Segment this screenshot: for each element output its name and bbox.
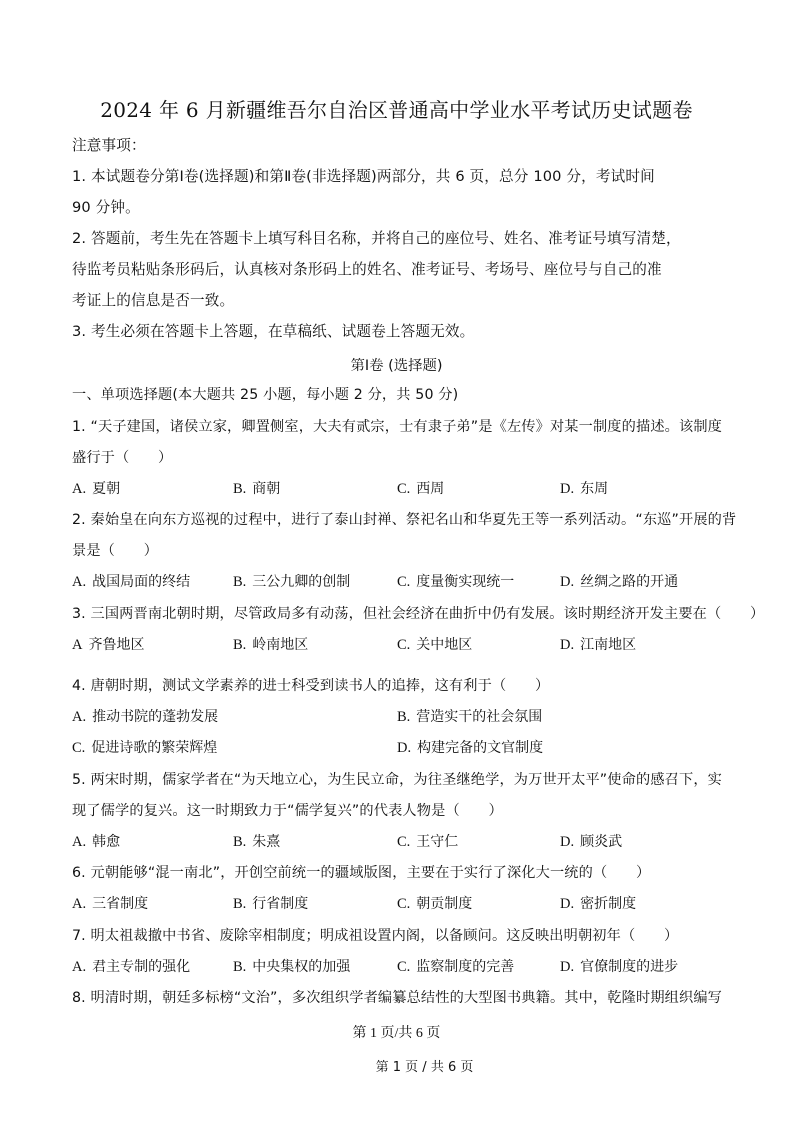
- option-text: 朝贡制度: [416, 896, 472, 912]
- question-stem: 2. 秦始皇在向东方巡视的过程中，进行了泰山封禅、祭祀名山和华夏先王等一系列活动…: [72, 510, 736, 530]
- option-letter: B.: [233, 637, 246, 653]
- option-letter: A.: [72, 834, 86, 850]
- option-letter: D.: [560, 574, 574, 590]
- option-text: 岭南地区: [252, 637, 308, 653]
- option-c: C.度量衡实现统一: [397, 572, 514, 592]
- option-c: C.朝贡制度: [397, 894, 472, 914]
- option-text: 东周: [580, 481, 608, 497]
- option-letter: D.: [560, 834, 574, 850]
- option-letter: C.: [397, 637, 410, 653]
- option-b: B.朱熹: [233, 832, 280, 852]
- option-text: 官僚制度的进步: [580, 959, 678, 975]
- option-d: D.顾炎武: [560, 832, 622, 852]
- option-letter: C.: [397, 896, 410, 912]
- part-title: 第Ⅰ卷 (选择题): [0, 354, 793, 375]
- option-text: 三省制度: [92, 896, 148, 912]
- option-text: 密折制度: [580, 896, 636, 912]
- option-a: A.夏朝: [72, 479, 120, 499]
- page-number-footer: 第 1 页/共 6 页: [0, 1022, 793, 1042]
- option-letter: C.: [72, 740, 85, 756]
- option-b: B.营造实干的社会氛围: [397, 707, 542, 727]
- option-letter: D.: [560, 896, 574, 912]
- option-letter: B.: [233, 574, 246, 590]
- option-letter: A.: [72, 481, 86, 497]
- option-d: D.密折制度: [560, 894, 636, 914]
- option-text: 丝绸之路的开通: [580, 574, 678, 590]
- section-title: 一、单项选择题(本大题共 25 小题，每小题 2 分，共 50 分): [72, 385, 458, 405]
- option-c: C.西周: [397, 479, 444, 499]
- option-b: B.商朝: [233, 479, 280, 499]
- option-d: D.构建完备的文官制度: [397, 738, 543, 758]
- question-stem: 景是（ ）: [72, 541, 158, 561]
- option-letter: A.: [72, 896, 86, 912]
- option-letter: B.: [397, 709, 410, 725]
- option-letter: B.: [233, 834, 246, 850]
- option-b: B.中央集权的加强: [233, 957, 350, 977]
- option-text: 战国局面的终结: [92, 574, 190, 590]
- option-b: B.行省制度: [233, 894, 308, 914]
- option-text: 营造实干的社会氛围: [416, 709, 542, 725]
- option-b: B.岭南地区: [233, 635, 308, 655]
- notice-heading: 注意事项：: [72, 136, 146, 156]
- exam-page: 2024 年 6 月新疆维吾尔自治区普通高中学业水平考试历史试题卷 注意事项： …: [0, 0, 793, 1122]
- option-letter: B.: [233, 481, 246, 497]
- option-letter: D.: [560, 481, 574, 497]
- option-c: C.监察制度的完善: [397, 957, 514, 977]
- option-letter: D.: [560, 959, 574, 975]
- option-a: A齐鲁地区: [72, 635, 144, 655]
- option-text: 顾炎武: [580, 834, 622, 850]
- option-text: 韩愈: [92, 834, 120, 850]
- option-letter: C.: [397, 481, 410, 497]
- question-stem: 8. 明清时期，朝廷多标榜“文治”，多次组织学者编纂总结性的大型图书典籍。其中，…: [72, 988, 722, 1008]
- option-letter: A.: [72, 709, 86, 725]
- exam-title: 2024 年 6 月新疆维吾尔自治区普通高中学业水平考试历史试题卷: [0, 94, 793, 123]
- option-text: 朱熹: [252, 834, 280, 850]
- option-text: 夏朝: [92, 481, 120, 497]
- option-d: D.官僚制度的进步: [560, 957, 678, 977]
- notice-line: 待监考员粘贴条形码后，认真核对条形码上的姓名、准考证号、考场号、座位号与自己的准: [72, 260, 662, 280]
- option-letter: B.: [233, 896, 246, 912]
- question-stem: 4. 唐朝时期，测试文学素养的进士科受到读书人的追捧，这有利于（ ）: [72, 676, 549, 696]
- option-a: A.推动书院的蓬勃发展: [72, 707, 218, 727]
- option-c: C.关中地区: [397, 635, 472, 655]
- option-text: 监察制度的完善: [416, 959, 514, 975]
- option-text: 构建完备的文官制度: [417, 740, 543, 756]
- option-text: 推动书院的蓬勃发展: [92, 709, 218, 725]
- option-letter: C.: [397, 834, 410, 850]
- option-letter: A.: [72, 574, 86, 590]
- option-text: 江南地区: [580, 637, 636, 653]
- option-b: B.三公九卿的创制: [233, 572, 350, 592]
- option-text: 度量衡实现统一: [416, 574, 514, 590]
- option-letter: C.: [397, 959, 410, 975]
- option-text: 行省制度: [252, 896, 308, 912]
- option-text: 君主专制的强化: [92, 959, 190, 975]
- option-letter: A: [72, 637, 82, 653]
- option-c: C.促进诗歌的繁荣辉煌: [72, 738, 217, 758]
- option-a: A.战国局面的终结: [72, 572, 190, 592]
- question-stem: 盛行于（ ）: [72, 448, 172, 468]
- option-a: A.韩愈: [72, 832, 120, 852]
- option-text: 西周: [416, 481, 444, 497]
- notice-line: 2. 答题前，考生先在答题卡上填写科目名称，并将自己的座位号、姓名、准考证号填写…: [72, 229, 681, 249]
- notice-line: 3. 考生必须在答题卡上答题，在草稿纸、试题卷上答题无效。: [72, 322, 474, 342]
- option-text: 商朝: [252, 481, 280, 497]
- option-letter: B.: [233, 959, 246, 975]
- page-number-footer-secondary: 第 1 页 / 共 6 页: [28, 1056, 793, 1075]
- question-stem: 6. 元朝能够“混一南北”，开创空前统一的疆域版图，主要在于实行了深化大一统的（…: [72, 863, 650, 883]
- option-letter: D.: [560, 637, 574, 653]
- option-d: D.东周: [560, 479, 608, 499]
- option-letter: D.: [397, 740, 411, 756]
- option-text: 三公九卿的创制: [252, 574, 350, 590]
- notice-line: 考证上的信息是否一致。: [72, 291, 234, 311]
- option-text: 促进诗歌的繁荣辉煌: [91, 740, 217, 756]
- option-a: A.君主专制的强化: [72, 957, 190, 977]
- option-a: A.三省制度: [72, 894, 148, 914]
- option-c: C.王守仁: [397, 832, 458, 852]
- option-d: D.丝绸之路的开通: [560, 572, 678, 592]
- option-text: 王守仁: [416, 834, 458, 850]
- option-letter: A.: [72, 959, 86, 975]
- question-stem: 现了儒学的复兴。这一时期致力于“儒学复兴”的代表人物是（ ）: [72, 801, 503, 821]
- notice-line: 1. 本试题卷分第Ⅰ卷(选择题)和第Ⅱ卷(非选择题)两部分，共 6 页，总分 1…: [72, 167, 655, 187]
- notice-line: 90 分钟。: [72, 198, 140, 218]
- question-stem: 7. 明太祖裁撤中书省、废除宰相制度；明成祖设置内阁，以备顾问。这反映出明朝初年…: [72, 926, 678, 946]
- option-text: 齐鲁地区: [88, 637, 144, 653]
- question-stem: 3. 三国两晋南北朝时期，尽管政局多有动荡，但社会经济在曲折中仍有发展。该时期经…: [72, 604, 764, 624]
- option-letter: C.: [397, 574, 410, 590]
- option-text: 中央集权的加强: [252, 959, 350, 975]
- question-stem: 5. 两宋时期，儒家学者在“为天地立心，为生民立命，为往圣继绝学，为万世开太平”…: [72, 770, 722, 790]
- option-d: D.江南地区: [560, 635, 636, 655]
- option-text: 关中地区: [416, 637, 472, 653]
- question-stem: 1. “天子建国，诸侯立家，卿置侧室，大夫有贰宗，士有隶子弟”是《左传》对某一制…: [72, 417, 722, 437]
